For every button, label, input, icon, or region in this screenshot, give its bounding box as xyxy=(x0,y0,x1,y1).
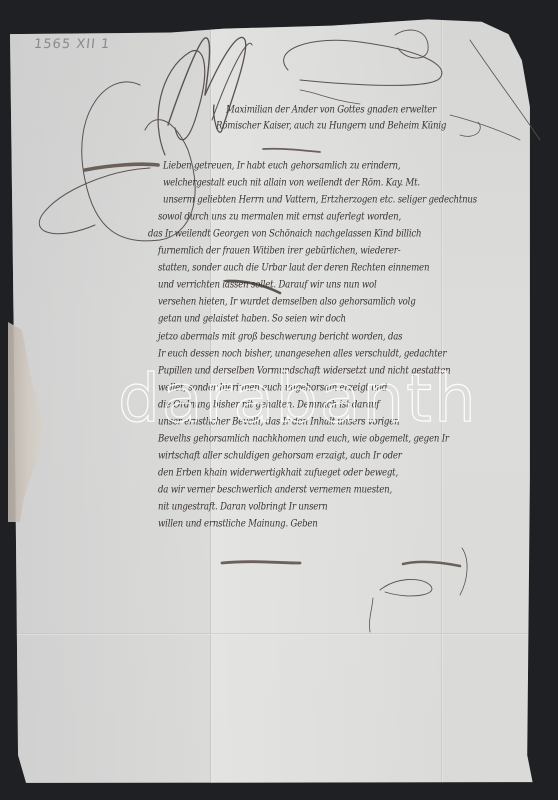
heading-line: Maximilian der Ander von Gottes gnaden e… xyxy=(226,104,436,116)
body-line: sowol durch uns zu mermalen mit ernst au… xyxy=(158,211,401,223)
body-line: nit ungestraft. Daran volbringt Ir unser… xyxy=(158,501,327,513)
body-line: statten, sonder auch die Urbar laut der … xyxy=(158,262,429,274)
body-line: furnemlich der frauen Witiben irer gebür… xyxy=(158,245,400,257)
photo-stage: 1565 XII 1 xyxy=(0,0,558,800)
archive-pencil-note: 1565 XII 1 xyxy=(33,37,111,52)
darabanth-watermark: darabanth xyxy=(118,366,478,432)
body-line: Lieben getreuen, Ir habt euch gehorsamli… xyxy=(163,160,400,172)
body-line: jetzo abermals mit groß beschwerung beri… xyxy=(158,331,402,343)
body-line: den Erben khain widerwertigkhait zufuege… xyxy=(158,467,398,479)
body-line: und verrichten lassen sollet. Darauf wir… xyxy=(158,279,377,291)
body-line: das Ir weilendt Georgen von Schönaich na… xyxy=(148,228,421,240)
body-line: Ir euch dessen noch bisher, unangesehen … xyxy=(158,348,446,360)
body-line: da wir verner beschwerlich anderst verne… xyxy=(158,484,392,496)
body-line: willen und ernstliche Mainung. Geben xyxy=(158,518,318,530)
body-line: versehen hieten, Ir wurdet demselben als… xyxy=(158,296,416,308)
body-line: welchergestalt euch nit allain von weile… xyxy=(163,177,420,189)
fold-line-horizontal xyxy=(10,633,546,635)
body-line: getan und gelaistet haben. So seien wir … xyxy=(158,313,346,325)
body-line: unserm geliebten Herrn und Vattern, Ertz… xyxy=(163,194,477,206)
body-line: wirtschaft aller schuldigen gehorsam erz… xyxy=(158,450,402,462)
heading-line: Römischer Kaiser, auch zu Hungern und Be… xyxy=(216,120,446,132)
